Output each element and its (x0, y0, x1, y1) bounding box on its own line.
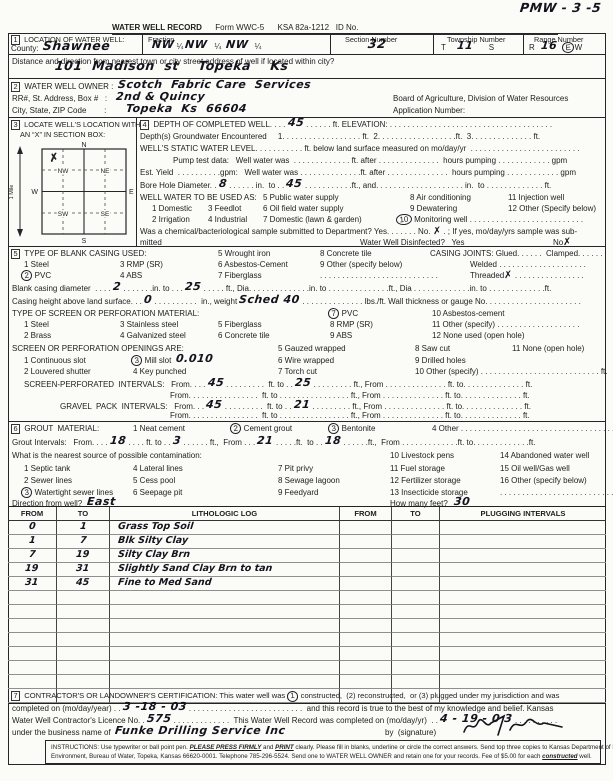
divider (433, 33, 434, 54)
text-run: . . . . . . . . . . in., weight (152, 297, 239, 306)
text-run: Welded . . . . . . . . . . . . . . . . .… (470, 260, 586, 269)
blank-casing-header: 5 TYPE OF BLANK CASING USED: (11, 249, 146, 259)
handwritten-value: 1 (79, 521, 87, 533)
text-run: 5 Fiberglass (218, 320, 262, 329)
log-depth-cell (57, 675, 110, 689)
handwritten-value: 25 (295, 378, 312, 388)
log-depth-cell (8, 591, 57, 605)
handwritten-value: 45 (76, 577, 90, 589)
text-run: . . . . ft. to . . (126, 438, 173, 447)
text-run: RR#, St. Address, Box # : (12, 94, 116, 103)
log-depth-cell (440, 535, 606, 549)
handwritten-value: Scotch Fabric Care Services (117, 80, 311, 90)
log-depth-cell (8, 619, 57, 633)
grout-cement-circled: 2 Cement grout (230, 423, 292, 434)
log-depth-cell (340, 563, 392, 577)
handwritten-x-mark: ✗ (504, 271, 513, 281)
handwritten-value: 31 (25, 577, 39, 589)
text-run: ¼ (248, 42, 261, 51)
openings-option: 9 Drilled holes (415, 356, 466, 366)
column-header: FROM (340, 507, 392, 521)
handwritten-value: 7 (79, 535, 87, 547)
text-run: Environment, Bureau of Water, Topeka, Ka… (51, 753, 542, 760)
text-run: 4 Galvanized steel (120, 331, 186, 340)
log-depth-cell (440, 563, 606, 577)
text-run: CASING JOINTS: Glued. . . . . . Clamped.… (430, 249, 603, 258)
text-run: T (441, 43, 457, 52)
contamination-option: 15 Oil well/Gas well (500, 464, 570, 474)
text-run: 10 Livestock pens (390, 451, 454, 460)
log-depth-cell (8, 633, 57, 647)
log-depth-cell (57, 619, 110, 633)
hand-circled-number: E (562, 41, 575, 53)
used-as-header: WELL WATER TO BE USED AS: (140, 193, 257, 203)
contamination-option: 6 Seepage pit (133, 488, 182, 498)
text-run: Mill slot (142, 356, 175, 365)
lithology-description-cell (110, 591, 340, 605)
text-run: Casing height above land surface. . . (12, 297, 144, 306)
casing-pvc-circled: 2 PVC (21, 270, 51, 281)
section3-title: 3 LOCATE WELL'S LOCATION WITH (11, 120, 140, 130)
text-run: WATER WELL RECORD (112, 23, 202, 32)
text-run: . . . . . . .in. to . . . (121, 284, 185, 293)
log-depth-cell: 7 (8, 549, 57, 563)
text-run: . . . . . . ft., From . . . (181, 438, 257, 447)
handwritten-value: 25 (185, 282, 202, 292)
log-depth-cell (340, 633, 392, 647)
casing-joint-threaded-marked: Threaded✗ . . . . . . . . . . . . . . . … (470, 271, 584, 281)
text-run: Cement grout (241, 424, 292, 433)
column-header: FROM (8, 507, 57, 521)
log-depth-cell (392, 563, 440, 577)
text-run: 9 Other (specify below) (320, 260, 402, 269)
contamination-option: 16 Other (specify below) (500, 476, 587, 486)
screen-option: 4 Galvanized steel (120, 331, 186, 341)
text-run: County: (11, 44, 43, 53)
text-run: 1 Steel (24, 260, 49, 269)
hand-circled-number: 10 (396, 213, 413, 226)
casing-joint-welded: Welded . . . . . . . . . . . . . . . . .… (470, 260, 586, 270)
text-run: 6 Asbestos-Cement (218, 260, 288, 269)
log-depth-cell (8, 675, 57, 689)
handwritten-value: 0.010 (175, 354, 213, 364)
log-depth-cell (57, 661, 110, 675)
divider (142, 33, 143, 54)
text-run: 8 RMP (SR) (330, 320, 373, 329)
casing-option: 1 Steel (24, 260, 49, 270)
log-depth-cell: 31 (8, 577, 57, 591)
handwritten-value: PMW - 3 -5 (520, 3, 602, 13)
text-run: 5 Cess pool (133, 476, 175, 485)
log-depth-cell (340, 675, 392, 689)
handwritten-value: Blk Silty Clay (117, 535, 188, 547)
text-run: 1 Domestic (152, 204, 192, 213)
handwritten-value: 575 (146, 714, 171, 724)
text-run: 4 Industrial (208, 215, 247, 224)
text-run: 5 Gauzed wrapped (278, 344, 346, 353)
text-run: 12 Other (Specify below) (508, 204, 596, 213)
log-depth-cell (440, 591, 606, 605)
openings-option: 6 Wire wrapped (278, 356, 334, 366)
text-run: . . . . . . . . . . .ft., and. . . . . .… (303, 181, 552, 190)
handwritten-value: 45 (286, 179, 303, 189)
text-run: WELL WATER TO BE USED AS: (140, 193, 257, 202)
log-depth-cell (340, 661, 392, 675)
section-number-value: 32 (368, 40, 386, 52)
text-run: WATER WELL OWNER : (22, 82, 118, 91)
column-header: TO (392, 507, 440, 521)
log-depth-cell (392, 605, 440, 619)
text-run: What is the nearest source of possible c… (12, 451, 202, 460)
log-depth-cell: 45 (57, 577, 110, 591)
log-depth-cell (57, 591, 110, 605)
text-run: Depth(s) Groundwater Encountered 1. . . … (140, 132, 540, 141)
handwritten-value: 3 -18 - 03 (122, 702, 187, 712)
text-run: well. (578, 753, 592, 760)
text-run: 11 Injection well (508, 193, 564, 202)
text-run: 12 Fertilizer storage (390, 476, 461, 485)
contamination-question: What is the nearest source of possible c… (12, 451, 202, 461)
log-depth-cell (57, 605, 110, 619)
divider (330, 33, 331, 54)
openings-option: 11 None (open hole) (512, 344, 584, 354)
text-run: . . . . . . . . . ft., From . . . . . . … (311, 380, 532, 389)
text-run: KSA 82a-1212 (277, 23, 335, 32)
log-depth-cell: 7 (57, 535, 110, 549)
lithology-description-cell (110, 661, 340, 675)
text-run: ¼ (208, 42, 226, 51)
text-run: . . . . .ft. to . . (274, 438, 325, 447)
text-run: 6 Concrete tile (218, 331, 270, 340)
handwritten-value: 2nd & Quincy (116, 92, 206, 102)
lithology-description-cell (110, 619, 340, 633)
log-depth-cell: 19 (57, 549, 110, 563)
used-as-monitoring-well-circled: 10 Monitoring well . . . . . . . . . . .… (396, 214, 583, 225)
log-depth-cell (57, 633, 110, 647)
handwritten-value: Fine to Med Sand (117, 577, 212, 589)
column-header: PLUGGING INTERVALS (440, 507, 606, 521)
handwritten-value: 0 (28, 521, 36, 533)
handwritten-value: 19 (25, 563, 39, 575)
screen-option: 10 Asbestos-cement (432, 309, 504, 319)
north-label: N (81, 142, 86, 149)
lithology-description-cell: Blk Silty Clay (110, 535, 340, 549)
text-run: 10 Asbestos-cement (432, 309, 504, 318)
screen-option: 12 None used (open hole) (432, 331, 525, 341)
handwritten-value: Silty Clay Brn (117, 549, 190, 561)
log-depth-cell (440, 633, 606, 647)
used-as-option: 1 Domestic (152, 204, 192, 214)
openings-option: 5 Gauzed wrapped (278, 344, 346, 354)
section-number-box: 4 (140, 120, 149, 130)
text-run: 7 Domestic (lawn & garden) (263, 215, 362, 224)
lithology-description-cell (110, 647, 340, 661)
log-depth-cell: 0 (8, 521, 57, 535)
text-run: . . . . . . in. to . . (227, 181, 287, 190)
text-run: 9 Drilled holes (415, 356, 466, 365)
text-run: Board of Agriculture, Division of Water … (393, 94, 568, 103)
handwritten-value: 31 (76, 563, 90, 575)
text-run: . . . . . . . . . . . . . . . . (513, 271, 584, 280)
owner-city-line: City, State, ZIP Code : Topeka Ks 66604 (12, 105, 247, 116)
section3-subtitle: AN “X” IN SECTION BOX: (20, 130, 105, 140)
handwritten-value: 101 Madison st Topeka Ks (55, 61, 290, 71)
screen-material-header: TYPE OF SCREEN OR PERFORATION MATERIAL: (12, 309, 199, 319)
log-depth-cell (340, 647, 392, 661)
divider (136, 117, 137, 246)
text-run: constructed (542, 753, 577, 760)
text-run: . . . . . . . . . ft. to . . (224, 380, 295, 389)
log-depth-cell (340, 521, 392, 535)
log-depth-cell (8, 661, 57, 675)
sw-label: SW (58, 211, 69, 218)
contamination-option: 2 Sewer lines (24, 476, 72, 486)
divider (8, 246, 605, 247)
signature-scribble (460, 714, 570, 738)
text-run: by (signature) (385, 728, 436, 737)
text-run: 4 ABS (120, 271, 142, 280)
contamination-other-blank: . . . . . . . . . . . . . . . . . . . . … (500, 488, 613, 498)
text-run: SCREEN-PERFORATED INTERVALS: From. . . . (24, 380, 208, 389)
grout-material-header: 6 GROUT MATERIAL: (11, 424, 99, 434)
text-run: 4 Key punched (133, 367, 186, 376)
sample-submitted-line: Was a chemical/bacteriological sample su… (140, 227, 577, 237)
one-mile-label: 1 Mile (9, 185, 15, 200)
openings-option: 4 Key punched (133, 367, 186, 377)
text-run: 3 Stainless steel (120, 320, 178, 329)
certification-line1: 7 CONTRACTOR'S OR LANDOWNER'S CERTIFICAT… (11, 691, 559, 702)
log-depth-cell (392, 633, 440, 647)
log-depth-cell (392, 675, 440, 689)
log-depth-cell (392, 619, 440, 633)
handwritten-value: 1 (28, 535, 36, 547)
text-run: 6 Oil field water supply (263, 204, 343, 213)
text-run: SCREEN OR PERFORATION OPENINGS ARE: (12, 344, 184, 353)
board-of-agriculture-label: Board of Agriculture, Division of Water … (393, 94, 568, 104)
text-run: Blank casing diameter . . . . (12, 284, 113, 293)
text-run: 1 Continuous slot (24, 356, 86, 365)
log-depth-cell (392, 577, 440, 591)
casing-option: 7 Fiberglass (218, 271, 262, 281)
handwritten-value: Funke Drilling Service Inc (115, 726, 287, 736)
log-depth-cell (340, 591, 392, 605)
text-run: GRAVEL PACK INTERVALS: From. . . (60, 402, 206, 411)
used-as-option: 8 Air conditioning (410, 193, 471, 203)
openings-option: 8 Saw cut (415, 344, 450, 354)
log-depth-cell (340, 619, 392, 633)
text-run: . . . . . . ft. ELEVATION: . . . . . . .… (304, 120, 552, 129)
text-run: 2 Brass (24, 331, 51, 340)
handwritten-value: 45 (287, 118, 304, 128)
pump-test-line: Pump test data: Well water was . . . . .… (173, 156, 567, 166)
casing-option: 9 Other (specify below) (320, 260, 402, 270)
screen-option: 11 Other (specify) . . . . . . . . . . .… (432, 320, 579, 330)
blank-casing-diameter-line: Blank casing diameter . . . . 2 . . . . … (12, 283, 551, 294)
text-run: Bentonite (339, 424, 375, 433)
casing-other-blank: . . . . . . . . . . . . . . . . . . . . … (320, 271, 438, 281)
handwritten-value: Topeka Ks 66604 (126, 104, 248, 114)
casing-option: 6 Asbestos-Cement (218, 260, 288, 270)
log-depth-cell (8, 605, 57, 619)
handwritten-value: Grass Top Soil (117, 521, 194, 533)
text-run: S (473, 43, 494, 52)
lithology-description-cell: Fine to Med Sand (110, 577, 340, 591)
contamination-option: 7 Pit privy (278, 464, 313, 474)
text-run: 7 Pit privy (278, 464, 313, 473)
handwritten-value: 16 (541, 41, 558, 51)
log-depth-cell (440, 521, 606, 535)
text-run: DEPTH OF COMPLETED WELL. . . . (151, 120, 287, 129)
text-run: . . . . . . . . . ft. to . . (223, 402, 294, 411)
log-depth-cell (392, 549, 440, 563)
text-run: 11 Other (specify) . . . . . . . . . . .… (432, 320, 579, 329)
divider (523, 33, 524, 54)
used-as-option: 5 Public water supply (263, 193, 339, 203)
text-run: under the business name of (12, 728, 115, 737)
text-run: City, State, ZIP Code : (12, 106, 126, 115)
text-run: 6 Seepage pit (133, 488, 182, 497)
screen-option: 8 RMP (SR) (330, 320, 373, 330)
bore-hole-diameter-line: Bore Hole Diameter. . 8 . . . . . . in. … (140, 180, 551, 191)
grout-option: 1 Neat cement (133, 424, 185, 434)
log-depth-cell (392, 647, 440, 661)
used-as-option: 6 Oil field water supply (263, 204, 343, 214)
lithology-description-cell: Grass Top Soil (110, 521, 340, 535)
handwritten-value: Shawnee (43, 41, 111, 51)
mill-slot-circled: 3 Mill slot 0.010 (131, 355, 213, 366)
handwritten-value: 11 (456, 41, 473, 51)
text-run: 14 Abandoned water well (500, 451, 589, 460)
text-run: 2 Sewer lines (24, 476, 72, 485)
nw-label: NW (58, 168, 70, 175)
text-run: 6 Wire wrapped (278, 356, 334, 365)
groundwater-depths-line: Depth(s) Groundwater Encountered 1. . . … (140, 132, 540, 142)
county-field: County: Shawnee (11, 42, 110, 54)
text-run: 5 Public water supply (263, 193, 339, 202)
section-box-diagram: N S W E NW NE SW SE ✗ 1 Mile (4, 140, 136, 246)
text-run: 8 Concrete tile (320, 249, 372, 258)
handwritten-x-mark: ✗ (432, 227, 441, 237)
static-water-level-line: WELL'S STATIC WATER LEVEL. . . . . . . .… (140, 144, 580, 154)
text-run: AN “X” IN SECTION BOX: (20, 130, 105, 139)
text-run: 4 Lateral lines (133, 464, 183, 473)
log-depth-cell (440, 661, 606, 675)
text-run: . . . . . . . . . ft., From . . . . . . … (310, 402, 531, 411)
section-number-box: 5 (11, 249, 20, 259)
text-run: 3 Feedlot (208, 204, 241, 213)
log-depth-cell (57, 647, 110, 661)
text-run: 10 Other (specify) . . . . . . . . . . .… (415, 367, 608, 376)
log-depth-cell (340, 605, 392, 619)
text-run: . . . . . .ft., From . . . . . . . . . .… (341, 438, 535, 447)
used-as-option: 12 Other (Specify below) (508, 204, 596, 214)
log-depth-cell: 31 (57, 563, 110, 577)
text-run: 4 Other . . . . . . . . . . . . . . . . … (432, 424, 613, 433)
log-depth-cell (392, 661, 440, 675)
lithology-description-cell (110, 633, 340, 647)
text-run: 9 Feedyard (278, 488, 318, 497)
contamination-option: 10 Livestock pens (390, 451, 454, 461)
lithology-description-cell (110, 605, 340, 619)
text-run: 8 Air conditioning (410, 193, 471, 202)
text-run: Monitoring well . . . . . . . . . . . . … (412, 215, 583, 224)
screen-option: 3 Stainless steel (120, 320, 178, 330)
text-run: . . . . . . . . . . . . . . . . . . . . … (500, 488, 613, 497)
text-run: Threaded (470, 271, 504, 280)
contamination-option: 14 Abandoned water well (500, 451, 589, 461)
contamination-option: 5 Cess pool (133, 476, 175, 486)
handwritten-value: 3 (172, 436, 181, 446)
handwritten-value: 45 (206, 400, 223, 410)
section-number-box: 7 (11, 691, 20, 701)
text-run: clearly. Please fill in blanks, underlin… (294, 744, 613, 751)
gravel-pack-intervals-line1: GRAVEL PACK INTERVALS: From. . . 45 . . … (60, 401, 531, 412)
screen-perforated-intervals-line2: From. . . . . . . . . . . . . . . . ft. … (170, 391, 530, 401)
log-depth-cell: 19 (8, 563, 57, 577)
gravel-pack-intervals-line2: From. . . . . . . . . . . . . . . . ft. … (170, 411, 530, 421)
text-run: 3 RMP (SR) (120, 260, 163, 269)
text-run: TYPE OF SCREEN OR PERFORATION MATERIAL: (12, 309, 199, 318)
casing-joints-header: CASING JOINTS: Glued. . . . . . Clamped.… (430, 249, 603, 259)
log-depth-cell (392, 521, 440, 535)
handwritten-value: 21 (293, 400, 310, 410)
screen-option: 2 Brass (24, 331, 51, 341)
handwritten-value: 32 (368, 39, 387, 49)
casing-height-weight-line: Casing height above land surface. . . 0 … (12, 296, 581, 307)
lithology-description-cell: Silty Clay Brn (110, 549, 340, 563)
text-run: LOCATE WELL'S LOCATION WITH (22, 120, 140, 129)
contamination-option: 8 Sewage lagoon (278, 476, 340, 486)
text-run: 2 Irrigation (152, 215, 190, 224)
used-as-option: 11 Injection well (508, 193, 564, 203)
text-run: . . . . . ft., Dia. . . . . . . . . . . … (201, 284, 551, 293)
text-run: Application Number: (393, 106, 465, 115)
used-as-option: 7 Domestic (lawn & garden) (263, 215, 362, 225)
text-run: TYPE OF BLANK CASING USED: (22, 249, 146, 258)
text-run: 12 None used (open hole) (432, 331, 525, 340)
text-run: . . . . . . . . . . . . . . lbs./ft. Wal… (300, 297, 581, 306)
text-run: and (261, 744, 275, 751)
text-run: PLEASE PRESS FIRMLY (190, 744, 262, 751)
section-number-box: 2 (11, 82, 20, 92)
screen-option: 5 Fiberglass (218, 320, 262, 330)
text-run: . ; If yes, mo/day/yrs sample was sub- (441, 227, 577, 236)
grout-intervals-line: Grout Intervals: From. . . . 18 . . . . … (12, 437, 535, 448)
contamination-option: 11 Fuel storage (390, 464, 445, 474)
text-run: constructed, (2) reconstructed, or (3) p… (299, 691, 560, 700)
handwritten-value: 21 (257, 436, 274, 446)
screen-perforated-intervals-line1: SCREEN-PERFORATED INTERVALS: From. . . .… (24, 379, 532, 390)
log-depth-cell (440, 675, 606, 689)
text-run: 16 Other (specify below) (500, 476, 587, 485)
instructions-line2: Environment, Bureau of Water, Topeka, Ka… (51, 752, 592, 762)
log-depth-cell (440, 549, 606, 563)
contamination-option: 9 Feedyard (278, 488, 318, 498)
text-run: 5 Wrought iron (218, 249, 270, 258)
text-run: From. . . . . . . . . . . . . . . . ft. … (170, 411, 530, 420)
lithology-description-cell: Slightly Sand Clay Brn to tan (110, 563, 340, 577)
lithology-description-cell (110, 675, 340, 689)
log-depth-cell: 1 (57, 521, 110, 535)
text-run: Grout Intervals: From. . . . (12, 438, 110, 447)
west-label: W (31, 189, 38, 196)
handwritten-value: 0 (144, 295, 153, 305)
log-depth-cell (440, 619, 606, 633)
handwritten-value: NW (152, 40, 175, 50)
log-depth-cell (440, 647, 606, 661)
handwritten-value: 2 (112, 282, 121, 292)
screen-option: 6 Concrete tile (218, 331, 270, 341)
